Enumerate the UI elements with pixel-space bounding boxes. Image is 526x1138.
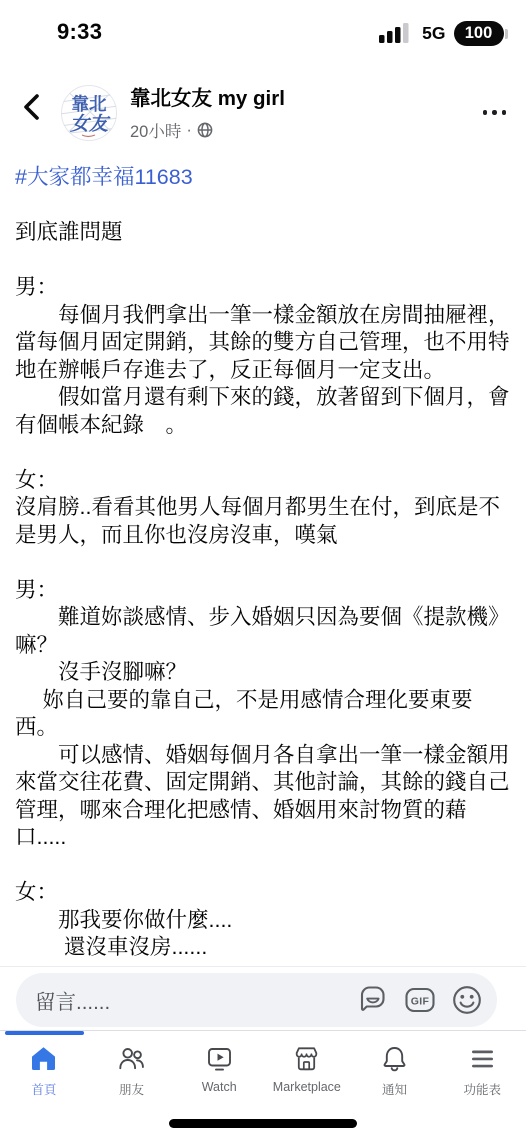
comment-composer: 留言...... GIF [0,966,526,1031]
signal-icon [379,21,414,46]
watch-icon [205,1045,234,1073]
tab-bar: 首頁 朋友 Watch Marke [0,1030,526,1111]
tab-notifications[interactable]: 通知 [351,1031,439,1111]
active-tab-indicator [5,1031,84,1035]
meta-separator: · [186,121,192,140]
hashtag-link[interactable]: #大家都幸福11683 [15,165,193,189]
globe-icon [197,122,213,138]
ellipsis-icon [483,110,488,115]
post-content[interactable]: #大家都幸福11683 到底誰問題 男： 每個月我們拿出一筆一樣金額放在房間抽屜… [0,154,526,1017]
battery-icon: 100 [454,21,509,46]
tab-marketplace[interactable]: Marketplace [263,1031,351,1111]
home-icon [29,1045,58,1073]
tab-notifications-label: 通知 [382,1080,407,1098]
back-button[interactable] [20,90,48,124]
avatar-text-bottom: 女友 [70,113,111,135]
tab-watch-label: Watch [202,1080,237,1094]
network-type-label: 5G [422,23,445,44]
avatar-text-top: 靠北 [72,94,107,114]
tab-marketplace-label: Marketplace [273,1080,341,1094]
tab-menu-label: 功能表 [463,1080,501,1098]
comment-input[interactable]: 留言...... GIF [16,973,497,1027]
bottom-strip [0,1110,526,1138]
post-timestamp: 20小時 [130,118,181,142]
emoji-button[interactable] [450,983,484,1017]
battery-nub [505,29,508,39]
post-meta: 20小時 · [130,118,285,142]
bell-icon [380,1045,409,1073]
clock: 9:33 [57,19,102,45]
marketplace-icon [292,1045,321,1073]
facebook-post-screen: 9:33 5G 100 [0,0,526,1138]
status-bar: 9:33 5G 100 [0,0,526,62]
more-options-button[interactable] [483,104,507,121]
battery-percent: 100 [465,24,493,43]
avatar[interactable]: 靠北 女友 [60,84,118,142]
post-body-text: 到底誰問題 男： 每個月我們拿出一筆一樣金額放在房間抽屜裡，當每個月固定開銷，其… [15,220,510,1014]
status-indicators: 5G 100 [379,21,508,46]
tab-friends[interactable]: 朋友 [88,1031,176,1111]
avatar-sticker-button[interactable] [356,983,390,1017]
menu-icon [468,1045,497,1073]
gif-button[interactable]: GIF [403,983,437,1017]
tab-watch[interactable]: Watch [175,1031,263,1111]
tab-home[interactable]: 首頁 [0,1031,88,1111]
tab-home-label: 首頁 [31,1080,56,1098]
home-indicator-handle[interactable] [169,1119,357,1128]
tab-menu[interactable]: 功能表 [438,1031,526,1111]
gif-label: GIF [411,996,430,1008]
tab-friends-label: 朋友 [119,1080,144,1098]
comment-placeholder: 留言...... [35,985,110,1015]
post-header: 靠北 女友 靠北女友 my girl 20小時 · [0,62,526,154]
page-name[interactable]: 靠北女友 my girl [130,86,285,112]
friends-icon [117,1045,146,1073]
chevron-left-icon [20,92,44,122]
